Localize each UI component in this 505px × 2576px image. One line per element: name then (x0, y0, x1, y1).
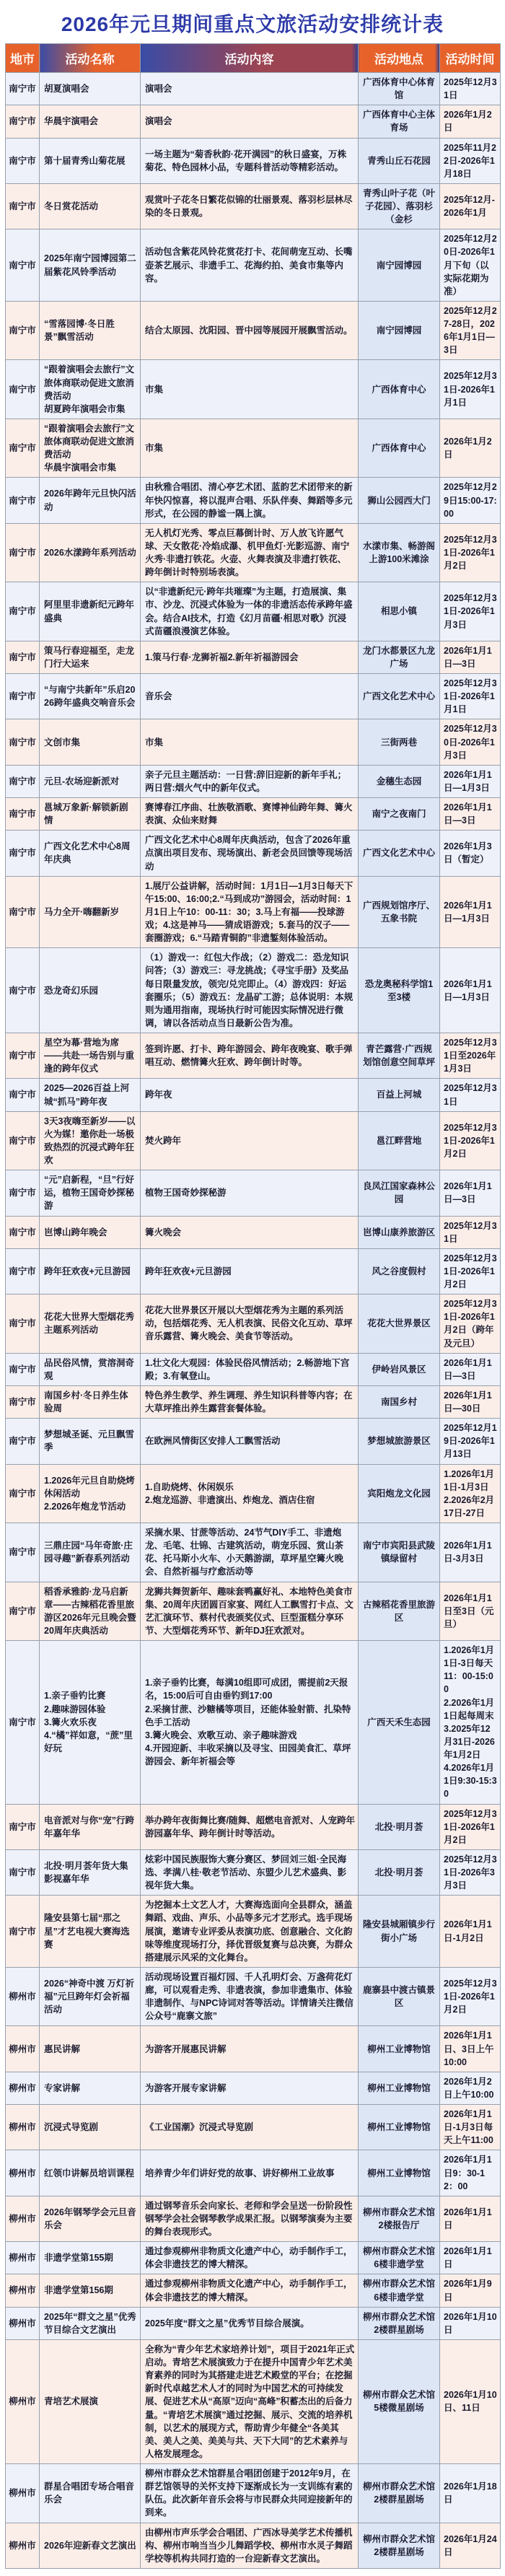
cell-activity-time: 2025年12月31日 (440, 1079, 501, 1111)
cell-activity-name: 2026年迎新春文艺演出 (40, 2523, 141, 2568)
cell-activity-place: 青芒露营·广西规划馆创意空间草坪 (359, 1033, 440, 1079)
cell-activity-content: 培养青少年们讲好党的故事、讲好柳州工业故事 (141, 2150, 359, 2196)
cell-activity-time: 1.2026年1月1日-3日每天11：00-15:00 2.2026年1月1日起… (440, 1641, 501, 1805)
cell-city: 南宁市 (6, 105, 40, 138)
cell-activity-name: 胡夏演唱会 (40, 73, 141, 105)
cell-activity-content: 1.策马行春·龙狮祈福2.新年祈福游园会 (141, 641, 359, 673)
cell-city: 南宁市 (6, 1523, 40, 1582)
cell-activity-time: 2025年12月31日-2026年1月1日 (440, 674, 501, 719)
cell-activity-name: 元旦-农场迎新派对 (40, 765, 141, 797)
table-row: 柳州市非遗学堂第156期通过参观柳州非物质文化遗产中心，动手制作手工，体会非遗技… (6, 2274, 501, 2307)
col-header-activity-content: 活动内容 (141, 44, 359, 73)
cell-city: 南宁市 (6, 1849, 40, 1895)
cell-activity-time: 2026年1月1日—1月3日 (440, 948, 501, 1033)
cell-activity-time: 2026年1月9日 (440, 2274, 501, 2307)
table-row: 南宁市恐龙奇幻乐园（1）游戏一：红包大作战；（2）游戏二：恐龙知识问答；（3）游… (6, 948, 501, 1033)
cell-activity-time: 2026年1月18日 (440, 2464, 501, 2523)
cell-activity-name: 专家讲解 (40, 2072, 141, 2104)
cell-activity-place: 柳州市群众艺术馆2楼报告厅 (359, 2196, 440, 2241)
cell-activity-name: “雪落园博·冬日胜景”飘雪活动 (40, 301, 141, 360)
cell-activity-content: 广西文化艺术中心8周年庆典活动，包含了2026年重点演出项目发布、现场演出、新老… (141, 831, 359, 876)
cell-activity-time: 2025年11月22日-2026年1月18日 (440, 138, 501, 183)
cell-city: 南宁市 (6, 948, 40, 1033)
cell-city: 南宁市 (6, 1385, 40, 1418)
table-row: 南宁市华晨宇演唱会演唱会广西体育中心主体育场2026年1月2日 (6, 105, 501, 138)
cell-activity-content: 焚火跨年 (141, 1111, 359, 1170)
table-row: 南宁市“雪落园博·冬日胜景”飘雪活动结合太原园、沈阳园、晋中园等展园开展飘雪活动… (6, 301, 501, 360)
cell-city: 南宁市 (6, 1641, 40, 1805)
cell-city: 南宁市 (6, 1353, 40, 1385)
cell-activity-content: 通过钢琴音乐会向家长、老师和学会呈送一份阶段性钢琴学会社会钢琴教学成果汇报。以钢… (141, 2196, 359, 2241)
cell-city: 柳州市 (6, 2105, 40, 2150)
table-row: 柳州市2025年“群文之星”优秀节目综合文艺演出2025年度“群文之星”优秀节目… (6, 2307, 501, 2339)
cell-activity-place: 青秀山丘石花园 (359, 138, 440, 183)
cell-activity-place: 柳州市群众艺术馆5楼微星剧场 (359, 2339, 440, 2463)
cell-activity-place: 青秀山叶子花（叶子花园）、落羽杉（金杉 (359, 183, 440, 229)
cell-activity-place: 良凤江国家森林公园 (359, 1170, 440, 1216)
cell-activity-place: 邕江畔营地 (359, 1111, 440, 1170)
cell-activity-content: 演唱会 (141, 105, 359, 138)
cell-activity-time: 2025年12月31日-2026年3月3日 (440, 1849, 501, 1895)
cell-activity-time: 2026年1月1日 (440, 2196, 501, 2241)
table-row: 南宁市马力全开·嗨翻新岁1.展厅公益讲解，活动时间：1月1日—1月3日每天下午1… (6, 876, 501, 948)
cell-activity-place: 广西体育中心体育馆 (359, 73, 440, 105)
cell-city: 南宁市 (6, 183, 40, 229)
cell-city: 柳州市 (6, 2523, 40, 2568)
table-row: 柳州市2026年钢琴学会元旦音乐会通过钢琴音乐会向家长、老师和学会呈送一份阶段性… (6, 2196, 501, 2241)
cell-activity-name: 冬日赏花活动 (40, 183, 141, 229)
table-row: 南宁市策马行春迎福至，走龙门行大运来1.策马行春·龙狮祈福2.新年祈福游园会龙门… (6, 641, 501, 673)
cell-activity-place: 北投·明月荟 (359, 1804, 440, 1849)
cell-activity-name: 文创市集 (40, 719, 141, 765)
cell-city: 南宁市 (6, 1111, 40, 1170)
table-row: 柳州市2026“神奇中渡 万灯祈福”元旦跨年灯会祈福活动活动现场设置百福灯园、千… (6, 1967, 501, 2026)
header-row: 地市 活动名称 活动内容 活动地点 活动时间 (6, 44, 501, 73)
cell-activity-content: 活动包含紫花风铃花赏花打卡、花间萌宠互动、长嘴壶茶艺展示、非遗手工、花海约拍、美… (141, 229, 359, 302)
cell-activity-place: 狮山公园西大门 (359, 478, 440, 523)
cell-activity-time: 2026年1月1日—3日 (440, 1353, 501, 1385)
cell-activity-name: “跟着演唱会去旅行”文旅体商联动促进文旅消费活动 胡夏跨年演唱会市集 (40, 360, 141, 419)
table-row: 南宁市冬日赏花活动观赏叶子花冬日繁花似锦的壮丽景观、落羽杉层林尽染的冬日景观。青… (6, 183, 501, 229)
cell-activity-content: 特色养生教学、养生调理、养生知识科普等内容；在大草坪推出养生露营套餐体验。 (141, 1385, 359, 1418)
cell-city: 柳州市 (6, 2464, 40, 2523)
cell-activity-content: 1.亲子垂钓比赛，每满10组即可成团，需提前2天报名，15:00后可自由垂钓到1… (141, 1641, 359, 1805)
cell-activity-place: 相思小镇 (359, 582, 440, 641)
cell-activity-content: 植物王国奇妙探秘游 (141, 1170, 359, 1216)
table-row: 南宁市品民俗风情，赏溶洞奇观1.壮文化大观园：体验民俗风情活动；2.畅游地下宫殿… (6, 1353, 501, 1385)
cell-activity-name: 跨年狂欢夜+元旦游园 (40, 1248, 141, 1294)
cell-activity-name: “元”启新程，“旦”行好运，植物王国奇妙探秘游 (40, 1170, 141, 1216)
cell-activity-time: 2026年1月1日—30日 (440, 1385, 501, 1418)
cell-activity-time: 2026年1月10日、11日 (440, 2339, 501, 2463)
cell-activity-content: 活动现场设置百福灯园、千人孔明灯会、万盏荷花灯廊，可以观看走秀、非遗表演，参加非… (141, 1967, 359, 2026)
cell-activity-name: 2026“神奇中渡 万灯祈福”元旦跨年灯会祈福活动 (40, 1967, 141, 2026)
cell-activity-name: 梦想城圣诞、元旦飘雪季 (40, 1419, 141, 1464)
cell-activity-content: 由柳州市声乐学会合唱团、广西冰导美学艺术传播机构、柳州市响当当少儿舞蹈学校、柳州… (141, 2523, 359, 2568)
cell-activity-name: 2026年钢琴学会元旦音乐会 (40, 2196, 141, 2241)
cell-activity-place: 广西天禾生态园 (359, 1641, 440, 1805)
cell-city: 南宁市 (6, 1804, 40, 1849)
cell-city: 南宁市 (6, 478, 40, 523)
cell-city: 南宁市 (6, 229, 40, 302)
cell-activity-content: 结合太原园、沈阳园、晋中园等展园开展飘雪活动。 (141, 301, 359, 360)
cell-activity-place: 广西体育中心 (359, 360, 440, 419)
cell-activity-time: 2025年12月31日至2026年1月3日 (440, 1033, 501, 1079)
cell-city: 南宁市 (6, 641, 40, 673)
cell-activity-name: “与南宁共新年”乐启2026跨年盛典交响音乐会 (40, 674, 141, 719)
cell-activity-name: 2026水漾跨年系列活动 (40, 523, 141, 582)
table-row: 南宁市梦想城圣诞、元旦飘雪季在欧洲风情街区安排人工飘雪活动梦想城旅游景区2025… (6, 1419, 501, 1464)
cell-activity-name: 3天3夜嗨至新岁——以火为媒！邀你赴一场极致热烈的沉浸式跨年狂欢 (40, 1111, 141, 1170)
cell-activity-place: 南宁之夜南门 (359, 798, 440, 831)
table-row: 南宁市岜博山跨年晚会篝火晚会岜博山康养旅游区2025年12月31日 (6, 1216, 501, 1248)
cell-activity-content: 演唱会 (141, 73, 359, 105)
cell-city: 南宁市 (6, 1079, 40, 1111)
cell-activity-name: 2026年跨年元旦快闪活动 (40, 478, 141, 523)
cell-activity-name: 恐龙奇幻乐园 (40, 948, 141, 1033)
cell-activity-time: 2026年1月1日-3月3日 (440, 1523, 501, 1582)
cell-activity-name: 三鼎庄园“马年奇旅·庄园寻趣”新春系列活动 (40, 1523, 141, 1582)
cell-activity-time: 2025年12月27-28日，2026年1月1日—3日 (440, 301, 501, 360)
cell-activity-time: 2025年12月31日-2026年1月1日 (440, 360, 501, 419)
table-row: 柳州市非遗学堂第155期通过参观柳州非物质文化遗产中心，动手制作手工，体会非遗技… (6, 2242, 501, 2274)
page-title: 2026年元旦期间重点文旅活动安排统计表 (5, 4, 500, 43)
cell-activity-name: 2025年南宁园博园第二届紫花风铃季活动 (40, 229, 141, 302)
cell-city: 南宁市 (6, 419, 40, 478)
table-row: 南宁市第十届青秀山菊花展一场主题为“菊香秋韵·花开满园”的秋日盛宴，万株菊花、特… (6, 138, 501, 183)
cell-activity-name: 隆安县第七届“那之星”才艺电视大赛海选赛 (40, 1896, 141, 1968)
cell-activity-content: 为游客开展惠民讲解 (141, 2026, 359, 2072)
cell-activity-time: 2025年12月29日15:00-17:00 (440, 478, 501, 523)
cell-activity-name: 岜博山跨年晚会 (40, 1216, 141, 1248)
col-header-activity-place: 活动地点 (359, 44, 440, 73)
cell-activity-name: 南国乡村·冬日养生体验周 (40, 1385, 141, 1418)
cell-activity-content: 1.壮文化大观园：体验民俗风情活动；2.畅游地下宫殿；3.有氧登山。 (141, 1353, 359, 1385)
cell-activity-time: 2026年1月10日 (440, 2307, 501, 2339)
cell-activity-place: 南宁市宾阳县武陵镇绿留村 (359, 1523, 440, 1582)
table-row: 南宁市2026水漾跨年系列活动无人机灯光秀、零点巨幕倒计时、万人放飞许愿气球、天… (6, 523, 501, 582)
cell-activity-place: 柳州工业博物馆 (359, 2072, 440, 2104)
cell-activity-content: 举办跨年夜街舞比赛/随舞、超燃电音派对、人宠跨年游园嘉年华、跨年倒计时等活动。 (141, 1804, 359, 1849)
cell-activity-name: 品民俗风情，赏溶洞奇观 (40, 1353, 141, 1385)
cell-city: 柳州市 (6, 2072, 40, 2104)
cell-city: 南宁市 (6, 719, 40, 765)
table-row: 南宁市广西文化艺术中心8周年庆典广西文化艺术中心8周年庆典活动，包含了2026年… (6, 831, 501, 876)
cell-activity-place: 广西体育中心主体育场 (359, 105, 440, 138)
cell-activity-time: 2026年1月1日—3日 (440, 1170, 501, 1216)
cell-activity-time: 2026年1月1日-1月3日每天上午11:00 (440, 2105, 501, 2150)
table-row: 南宁市2025—2026百益上河城“抓马”跨年夜跨年夜百益上河城2025年12月… (6, 1079, 501, 1111)
table-row: 南宁市三鼎庄园“马年奇旅·庄园寻趣”新春系列活动采摘水果、甘蔗等活动、24节气D… (6, 1523, 501, 1582)
cell-activity-name: 1.亲子垂钓比赛 2.趣味游园体验 3.篝火欢乐夜 4.“橘”祥如意，“蔗”里好… (40, 1641, 141, 1805)
cell-activity-place: 南宁园博园 (359, 301, 440, 360)
cell-activity-name: 华晨宇演唱会 (40, 105, 141, 138)
cell-city: 南宁市 (6, 1896, 40, 1968)
cell-activity-name: “跟着演唱会去旅行”文旅体商联动促进文旅消费活动 华晨宇演唱会市集 (40, 419, 141, 478)
cell-activity-place: 金穗生态园 (359, 765, 440, 797)
cell-activity-time: 2026年1月1日—3日 (440, 641, 501, 673)
cell-activity-place: 龙门水都景区九龙广场 (359, 641, 440, 673)
cell-activity-place: 柳州市群众艺术馆2楼群星剧场 (359, 2464, 440, 2523)
cell-activity-place: 宾阳炮龙文化园 (359, 1464, 440, 1523)
cell-activity-time: 2025年12月31日 (440, 1216, 501, 1248)
cell-activity-name: 红领巾讲解员培训课程 (40, 2150, 141, 2196)
cell-activity-content: 龙狮共舞贺新年、趣味套鸭赢好礼、本地特色美食市集、20周年庆团圆百家宴、网红人工… (141, 1582, 359, 1641)
cell-city: 柳州市 (6, 2307, 40, 2339)
cell-activity-content: 市集 (141, 419, 359, 478)
col-header-activity-name: 活动名称 (40, 44, 141, 73)
cell-activity-content: 在欧洲风情街区安排人工飘雪活动 (141, 1419, 359, 1464)
cell-activity-place: 古辣稻花香里旅游区 (359, 1582, 440, 1641)
cell-city: 南宁市 (6, 73, 40, 105)
table-row: 南宁市星空为幕·营地为席——共赴一场告别与重逢的跨年仪式签到许愿、打卡、跨年游园… (6, 1033, 501, 1079)
cell-activity-time: 2025年12月31日-2026年1月3日 (440, 582, 501, 641)
cell-city: 柳州市 (6, 1967, 40, 2026)
cell-activity-place: 柳州市群众艺术馆6楼非遗学堂 (359, 2242, 440, 2274)
cell-activity-place: 水漾市集、畅游阁上游100米滩涂 (359, 523, 440, 582)
cell-activity-content: 跨年狂欢夜+元旦游园 (141, 1248, 359, 1294)
cell-activity-time: 2025年12月31日-2026年1月2日 (440, 523, 501, 582)
cell-activity-place: 恐龙奥秘科学馆1至3楼 (359, 948, 440, 1033)
cell-activity-name: 稻香承雅韵·龙马启新章——古辣稻花香里旅游区2026年元旦晚会暨20周年庆典活动 (40, 1582, 141, 1641)
cell-activity-time: 2025年12月31日-2026年1月2日（跨年及元旦） (440, 1294, 501, 1354)
cell-activity-content: 2025年度“群文之星”优秀节目综合展演。 (141, 2307, 359, 2339)
table-row: 南宁市1.亲子垂钓比赛 2.趣味游园体验 3.篝火欢乐夜 4.“橘”祥如意，“蔗… (6, 1641, 501, 1805)
cell-activity-time: 2025年12月31日 (440, 73, 501, 105)
cell-activity-time: 2026年1月1日9：30-12：00 (440, 2150, 501, 2196)
table-row: 南宁市阿里里非遗新纪元跨年盛典以“非遗新纪元·跨年共璀璨”为主题，打造展演、集市… (6, 582, 501, 641)
cell-activity-place: 柳州市群众艺术馆2楼群星剧场 (359, 2307, 440, 2339)
cell-activity-place: 广西体育中心 (359, 419, 440, 478)
cell-activity-content: 通过参观柳州非物质文化遗产中心，动手制作手工，体会非遗技艺的博大精深。 (141, 2242, 359, 2274)
table-row: 南宁市花花大世界大型烟花秀主题系列活动花花大世界景区开展以大型烟花秀为主题的系列… (6, 1294, 501, 1354)
cell-city: 南宁市 (6, 1216, 40, 1248)
cell-city: 南宁市 (6, 1464, 40, 1523)
cell-activity-name: 邕城万象新·解锁新剧情 (40, 798, 141, 831)
table-row: 柳州市沉浸式导览剧《工业国潮》沉浸式导览剧柳州工业博物馆2026年1月1日-1月… (6, 2105, 501, 2150)
cell-activity-content: 1.展厅公益讲解，活动时间：1月1日—1月3日每天下午15:00、16:00;2… (141, 876, 359, 948)
cell-city: 柳州市 (6, 2242, 40, 2274)
cell-activity-place: 梦想城旅游景区 (359, 1419, 440, 1464)
table-row: 南宁市元旦-农场迎新派对亲子元旦主题活动：一日营:辞旧迎新的新年手礼；两日营:烟… (6, 765, 501, 797)
cell-city: 南宁市 (6, 523, 40, 582)
col-header-activity-time: 活动时间 (440, 44, 501, 73)
cell-activity-content: 亲子元旦主题活动：一日营:辞旧迎新的新年手礼；两日营:烟火气中的新年仪式。 (141, 765, 359, 797)
cell-activity-name: 非遗学堂第156期 (40, 2274, 141, 2307)
table-row: 南宁市“跟着演唱会去旅行”文旅体商联动促进文旅消费活动 华晨宇演唱会市集市集广西… (6, 419, 501, 478)
cell-activity-place: 柳州市群众艺术馆6楼非遗学堂 (359, 2274, 440, 2307)
cell-city: 柳州市 (6, 2150, 40, 2196)
cell-activity-content: 无人机灯光秀、零点巨幕倒计时、万人放飞许愿气球、天女散花·冷焰成瀑、机甲鱼灯·光… (141, 523, 359, 582)
cell-city: 南宁市 (6, 301, 40, 360)
cell-activity-place: 南国乡村 (359, 1385, 440, 1418)
cell-activity-content: 一场主题为“菊香秋韵·花开满园”的秋日盛宴，万株菊花、特色园林小品，专题科普活动… (141, 138, 359, 183)
cell-activity-place: 三街两巷 (359, 719, 440, 765)
cell-activity-name: 花花大世界大型烟花秀主题系列活动 (40, 1294, 141, 1354)
cell-activity-content: 柳州市群众艺术馆群星合唱团创建于2012年9月，在群艺馆领导的关怀支持下逐渐成长… (141, 2464, 359, 2523)
cell-activity-time: 1.2026年1月1日-1月3日 2.2026年2月17日-27日 (440, 1464, 501, 1523)
cell-activity-place: 隆安县城厢镇步行街小广场 (359, 1896, 440, 1968)
cell-activity-content: 由秋雅合唱团、清心亭艺术团、蓝韵艺术团带来的新年快闪惊喜，将以混声合唱、乐队伴奏… (141, 478, 359, 523)
cell-activity-name: 1.2026年元旦自助烧烤休闲活动 2.2026年炮龙节活动 (40, 1464, 141, 1523)
cell-activity-name: 广西文化艺术中心8周年庆典 (40, 831, 141, 876)
cell-city: 柳州市 (6, 2026, 40, 2072)
cell-activity-place: 柳州工业博物馆 (359, 2150, 440, 2196)
cell-city: 南宁市 (6, 876, 40, 948)
cell-activity-name: 第十届青秀山菊花展 (40, 138, 141, 183)
activities-table: 地市 活动名称 活动内容 活动地点 活动时间 南宁市胡夏演唱会演唱会广西体育中心… (5, 43, 501, 2569)
cell-activity-place: 百益上河城 (359, 1079, 440, 1111)
table-row: 柳州市青培艺术展演全称为“青少年艺术家培养计划”，项目于2021年正式启动。青培… (6, 2339, 501, 2463)
cell-activity-time: 2025年12月19日-2026年1月13日 (440, 1419, 501, 1464)
cell-activity-time: 2026年1月2日 (440, 105, 501, 138)
cell-activity-name: 群星合唱团专场合唱音乐会 (40, 2464, 141, 2523)
table-body: 南宁市胡夏演唱会演唱会广西体育中心体育馆2025年12月31日南宁市华晨宇演唱会… (6, 73, 501, 2569)
cell-activity-content: 签到许愿、打卡、跨年游园会、跨年夜晚宴、歌手弹唱互动、燃情篝火狂欢、跨年倒计时等… (141, 1033, 359, 1079)
cell-city: 柳州市 (6, 2339, 40, 2463)
table-row: 南宁市“元”启新程，“旦”行好运，植物王国奇妙探秘游植物王国奇妙探秘游良凤江国家… (6, 1170, 501, 1216)
cell-activity-content: 《工业国潮》沉浸式导览剧 (141, 2105, 359, 2150)
table-row: 柳州市群星合唱团专场合唱音乐会柳州市群众艺术馆群星合唱团创建于2012年9月，在… (6, 2464, 501, 2523)
cell-city: 柳州市 (6, 2274, 40, 2307)
cell-activity-name: 2025—2026百益上河城“抓马”跨年夜 (40, 1079, 141, 1111)
table-row: 南宁市文创市集市集三街两巷2025年12月30日-2026年1月3日 (6, 719, 501, 765)
cell-activity-name: 马力全开·嗨翻新岁 (40, 876, 141, 948)
table-row: 柳州市专家讲解为游客开展专家讲解柳州工业博物馆2026年1月2日上午10:00 (6, 2072, 501, 2104)
cell-activity-name: 电音派对与你“宠”行跨年嘉年华 (40, 1804, 141, 1849)
cell-activity-content: 炫彩中国民族服饰大赛分赛区、梦回刘三姐·全民海选、孝满八桂·敬老节活动、东盟少儿… (141, 1849, 359, 1895)
table-row: 南宁市1.2026年元旦自助烧烤休闲活动 2.2026年炮龙节活动1.自助烧烤、… (6, 1464, 501, 1523)
cell-activity-place: 岜博山康养旅游区 (359, 1216, 440, 1248)
cell-activity-place: 柳州工业博物馆 (359, 2105, 440, 2150)
cell-activity-place: 南宁园博园 (359, 229, 440, 302)
table-row: 南宁市2025年南宁园博园第二届紫花风铃季活动活动包含紫花风铃花赏花打卡、花间萌… (6, 229, 501, 302)
table-row: 南宁市南国乡村·冬日养生体验周特色养生教学、养生调理、养生知识科普等内容；在大草… (6, 1385, 501, 1418)
table-row: 南宁市3天3夜嗨至新岁——以火为媒！邀你赴一场极致热烈的沉浸式跨年狂欢焚火跨年邕… (6, 1111, 501, 1170)
cell-activity-content: 采摘水果、甘蔗等活动、24节气DIY手工、非遗炮龙、毛笔、壮锦、古建筑活动，萌宠… (141, 1523, 359, 1582)
cell-city: 南宁市 (6, 1294, 40, 1354)
cell-activity-time: 2026年1月1日—3日 (440, 798, 501, 831)
cell-activity-place: 花花大世界景区 (359, 1294, 440, 1354)
cell-city: 南宁市 (6, 1248, 40, 1294)
cell-activity-content: 为挖掘本土文艺人才，大赛海选面向全县群众，涵盖舞蹈、戏曲、声乐、小品等多元才艺形… (141, 1896, 359, 1968)
table-row: 南宁市2026年跨年元旦快闪活动由秋雅合唱团、清心亭艺术团、蓝韵艺术团带来的新年… (6, 478, 501, 523)
cell-activity-name: 非遗学堂第155期 (40, 2242, 141, 2274)
cell-activity-content: 花花大世界景区开展以大型烟花秀为主题的系列活动，包括烟花秀、无人机表演、民俗文化… (141, 1294, 359, 1354)
cell-activity-time: 2025年12月31日-2026年1月2日 (440, 1967, 501, 2026)
cell-city: 南宁市 (6, 582, 40, 641)
cell-activity-content: 全称为“青少年艺术家培养计划”，项目于2021年正式启动。青培艺术展演致力于在提… (141, 2339, 359, 2463)
cell-activity-name: 惠民讲解 (40, 2026, 141, 2072)
cell-activity-content: 以“非遗新纪元·跨年共璀璨”为主题，打造展演、集市、沙龙、沉浸式体验为一体的非遗… (141, 582, 359, 641)
cell-activity-content: 1.自助烧烤、休闲娱乐 2.炮龙巡游、非遗演出、炸炮龙、酒店住宿 (141, 1464, 359, 1523)
cell-activity-time: 2026年1月3日（暂定） (440, 831, 501, 876)
cell-city: 南宁市 (6, 674, 40, 719)
cell-activity-name: 星空为幕·营地为席——共赴一场告别与重逢的跨年仪式 (40, 1033, 141, 1079)
cell-activity-content: 市集 (141, 719, 359, 765)
cell-activity-time: 2026年1月1日—1月3日 (440, 765, 501, 797)
cell-activity-name: 阿里里非遗新纪元跨年盛典 (40, 582, 141, 641)
cell-activity-time: 2026年1月2日 (440, 419, 501, 478)
cell-activity-place: 柳州工业博物馆 (359, 2026, 440, 2072)
cell-city: 南宁市 (6, 1033, 40, 1079)
table-row: 南宁市稻香承雅韵·龙马启新章——古辣稻花香里旅游区2026年元旦晚会暨20周年庆… (6, 1582, 501, 1641)
table-row: 柳州市红领巾讲解员培训课程培养青少年们讲好党的故事、讲好柳州工业故事柳州工业博物… (6, 2150, 501, 2196)
cell-activity-place: 北投·明月荟 (359, 1849, 440, 1895)
cell-city: 南宁市 (6, 360, 40, 419)
cell-city: 南宁市 (6, 1582, 40, 1641)
cell-activity-content: 音乐会 (141, 674, 359, 719)
cell-activity-content: 为游客开展专家讲解 (141, 2072, 359, 2104)
cell-activity-name: 策马行春迎福至，走龙门行大运来 (40, 641, 141, 673)
table-row: 南宁市跨年狂欢夜+元旦游园跨年狂欢夜+元旦游园风之谷度假村2025年12月31日… (6, 1248, 501, 1294)
cell-city: 南宁市 (6, 798, 40, 831)
table-row: 南宁市邕城万象新·解锁新剧情赛博春江序曲、壮族敬酒歌、赛博神仙跨年舞、篝火表演、… (6, 798, 501, 831)
cell-activity-content: 通过参观柳州非物质文化遗产中心，动手制作手工，体会非遗技艺的博大精深。 (141, 2274, 359, 2307)
cell-activity-time: 2025年12月30日-2026年1月3日 (440, 719, 501, 765)
cell-activity-time: 2026年1月1日-1月2日 (440, 1896, 501, 1968)
cell-city: 南宁市 (6, 831, 40, 876)
cell-activity-content: （1）游戏一：红包大作战；（2）游戏二：恐龙知识问答；（3）游戏三：寻龙挑战；《… (141, 948, 359, 1033)
cell-activity-time: 2025年12月20日-2026年1月下旬（以实际花期为准） (440, 229, 501, 302)
cell-activity-content: 赛博春江序曲、壮族敬酒歌、赛博神仙跨年舞、篝火表演、众仙来财舞 (141, 798, 359, 831)
cell-activity-time: 2026年1月1日、3日上午10:00 (440, 2026, 501, 2072)
table-row: 南宁市“与南宁共新年”乐启2026跨年盛典交响音乐会音乐会广西文化艺术中心202… (6, 674, 501, 719)
cell-activity-name: 沉浸式导览剧 (40, 2105, 141, 2150)
col-header-city: 地市 (6, 44, 40, 73)
cell-activity-place: 广西文化艺术中心 (359, 674, 440, 719)
table-row: 南宁市北投·明月荟年货大集影视嘉年华炫彩中国民族服饰大赛分赛区、梦回刘三姐·全民… (6, 1849, 501, 1895)
cell-city: 南宁市 (6, 138, 40, 183)
table-row: 南宁市电音派对与你“宠”行跨年嘉年华举办跨年夜街舞比赛/随舞、超燃电音派对、人宠… (6, 1804, 501, 1849)
table-row: 南宁市“跟着演唱会去旅行”文旅体商联动促进文旅消费活动 胡夏跨年演唱会市集市集广… (6, 360, 501, 419)
cell-activity-content: 市集 (141, 360, 359, 419)
table-row: 南宁市胡夏演唱会演唱会广西体育中心体育馆2025年12月31日 (6, 73, 501, 105)
cell-activity-place: 柳州市群众艺术馆2楼群星剧场 (359, 2523, 440, 2568)
cell-city: 南宁市 (6, 1170, 40, 1216)
table-row: 柳州市2026年迎新春文艺演出由柳州市声乐学会合唱团、广西冰导美学艺术传播机构、… (6, 2523, 501, 2568)
cell-activity-time: 2026年1月1日 (440, 2242, 501, 2274)
cell-activity-content: 观赏叶子花冬日繁花似锦的壮丽景观、落羽杉层林尽染的冬日景观。 (141, 183, 359, 229)
cell-activity-place: 广西规划馆序厅、五象书院 (359, 876, 440, 948)
cell-activity-place: 广西文化艺术中心 (359, 831, 440, 876)
report-page: 2026年元旦期间重点文旅活动安排统计表 地市 活动名称 活动内容 活动地点 活… (0, 0, 505, 2576)
cell-activity-time: 2025年12月31日-2026年1月2日 (440, 1111, 501, 1170)
cell-activity-time: 2026年1月1日—1月3日 (440, 876, 501, 948)
cell-city: 柳州市 (6, 2196, 40, 2241)
cell-activity-time: 2026年1月24日 (440, 2523, 501, 2568)
cell-activity-content: 篝火晚会 (141, 1216, 359, 1248)
cell-activity-name: 北投·明月荟年货大集影视嘉年华 (40, 1849, 141, 1895)
cell-activity-place: 鹿寨县中渡古镇景区 (359, 1967, 440, 2026)
cell-activity-time: 2026年1月2日上午10:00 (440, 2072, 501, 2104)
cell-activity-time: 2025年12月31日-2026年1月2日 (440, 1804, 501, 1849)
cell-activity-content: 跨年夜 (141, 1079, 359, 1111)
cell-city: 南宁市 (6, 765, 40, 797)
table-row: 柳州市惠民讲解为游客开展惠民讲解柳州工业博物馆2026年1月1日、3日上午10:… (6, 2026, 501, 2072)
table-row: 南宁市隆安县第七届“那之星”才艺电视大赛海选赛为挖掘本土文艺人才，大赛海选面向全… (6, 1896, 501, 1968)
cell-activity-time: 2025年12月31日-2026年1月2日 (440, 1248, 501, 1294)
cell-activity-place: 伊岭岩风景区 (359, 1353, 440, 1385)
cell-activity-time: 2025年12月-2026年1月 (440, 183, 501, 229)
cell-activity-place: 风之谷度假村 (359, 1248, 440, 1294)
cell-city: 南宁市 (6, 1419, 40, 1464)
cell-activity-name: 青培艺术展演 (40, 2339, 141, 2463)
cell-activity-name: 2025年“群文之星”优秀节目综合文艺演出 (40, 2307, 141, 2339)
cell-activity-time: 2026年1月1日至3日（元旦） (440, 1582, 501, 1641)
